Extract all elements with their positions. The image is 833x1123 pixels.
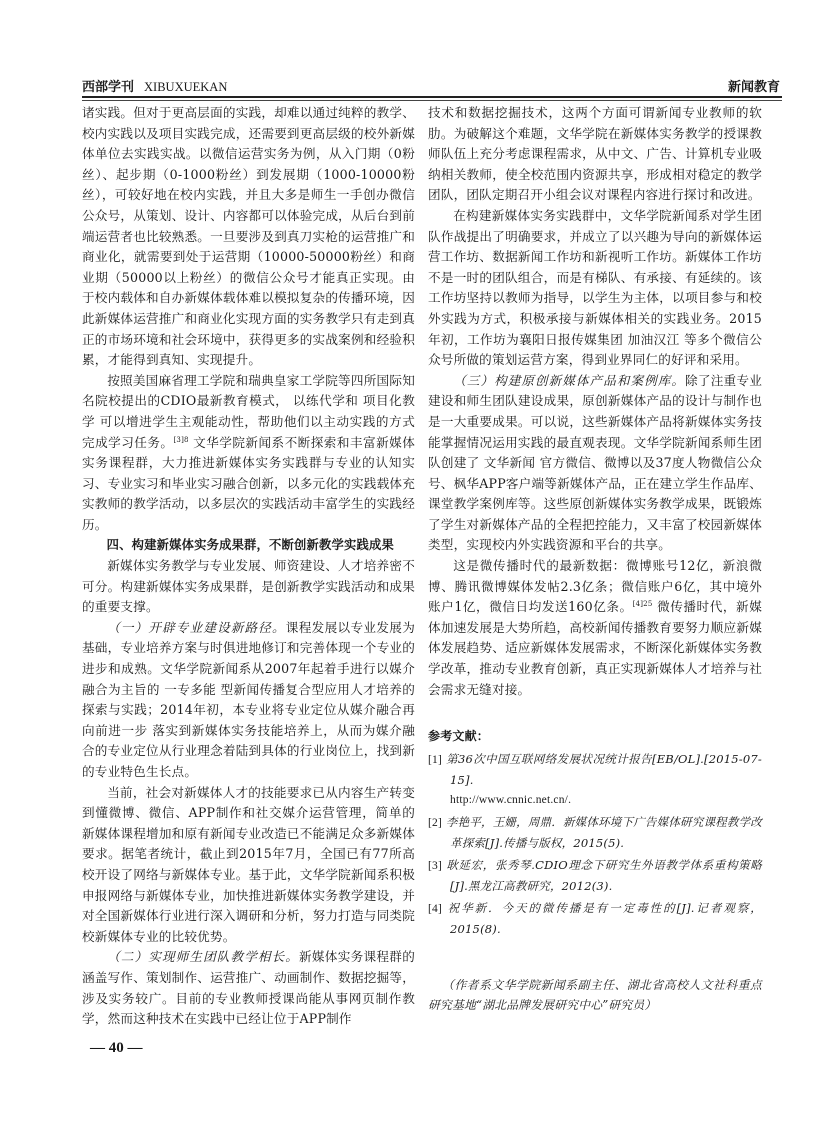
paragraph: 当前，社会对新媒体人才的技能要求已从内容生产转变到懂微博、微信、APP制作和社交… (82, 783, 415, 948)
right-column: 技术和数据挖掘技术，这两个方面可谓新闻专业教师的软肋。为破解这个难题，文华学院在… (428, 103, 762, 1016)
subheading: （一）开辟专业建设新路径。 (107, 620, 286, 635)
left-column: 诸实践。但对于更高层面的实践，却难以通过纯粹的教学、校内实践以及项目实践完成，还… (82, 103, 415, 1030)
running-header: 西部学刊XIBUXUEKAN 新闻教育 (82, 76, 782, 96)
reference-item: [4] 祝华新．今天的微传播是有一定毒性的[J].记者观察，2015(8). (428, 898, 762, 939)
paragraph: （二）实现师生团队教学相长。新媒体实务课程群的涵盖写作、策划制作、运营推广、动画… (82, 947, 415, 1029)
paragraph: 技术和数据挖掘技术，这两个方面可谓新闻专业教师的软肋。为破解这个难题，文华学院在… (428, 103, 762, 206)
paragraph: 新媒体实务教学与专业发展、师资建设、人才培养密不可分。构建新媒体实务成果群，是创… (82, 556, 415, 618)
paragraph: 这是微传播时代的最新数据：微博账号12亿，新浪微博、腾讯微博媒体发帖2.3亿条；… (428, 556, 762, 700)
paragraph: 按照美国麻省理工学院和瑞典皇家工学院等四所国际知名院校提出的CDIO最新教育模式… (82, 371, 415, 536)
subheading: （三）构建原创新媒体产品和案例库。 (453, 373, 685, 388)
subheading: （二）实现师生团队教学相长。 (107, 949, 299, 964)
paragraph: （一）开辟专业建设新路径。课程发展以专业发展为基础，专业培养方案与时俱进地修订和… (82, 618, 415, 783)
paragraph: 诸实践。但对于更高层面的实践，却难以通过纯粹的教学、校内实践以及项目实践完成，还… (82, 103, 415, 371)
header-rule-thick (82, 96, 782, 98)
section-name: 新闻教育 (728, 76, 780, 95)
reference-item: [3] 耿延宏，张秀琴.CDIO理念下研究生外语教学体系重构策略[J].黑龙江高… (428, 855, 762, 896)
citation-marker: [3]8 (173, 436, 188, 444)
paragraph: 在构建新媒体实务实践群中，文华学院新闻系对学生团队作战提出了明确要求，并成立了以… (428, 206, 762, 371)
journal-name: 西部学刊XIBUXUEKAN (82, 76, 227, 95)
reference-item: [2] 李艳平，王姗，周鼎．新媒体环境下广告媒体研究课程教学改革探索[J].传播… (428, 812, 762, 853)
citation-marker: [4]25 (633, 600, 653, 608)
reference-url: http://www.cnnic.net.cn/. (428, 790, 762, 810)
references-title: 参考文献： (428, 726, 762, 747)
journal-name-en: XIBUXUEKAN (144, 80, 227, 94)
page-number: — 40 — (90, 1040, 143, 1057)
section-heading: 四、构建新媒体实务成果群，不断创新教学实践成果 (82, 535, 415, 556)
paragraph: （三）构建原创新媒体产品和案例库。除了注重专业建设和师生团队建设成果，原创新媒体… (428, 371, 762, 556)
reference-item: [1] 第36次中国互联网络发展状况统计报告[EB/OL].[2015-07-1… (428, 749, 762, 790)
header-rule-thin (82, 100, 782, 101)
author-note: （作者系文华学院新闻系副主任、湖北省高校人文社科重点研究基地“湖北品牌发展研究中… (428, 975, 762, 1016)
journal-name-cn: 西部学刊 (82, 80, 134, 95)
